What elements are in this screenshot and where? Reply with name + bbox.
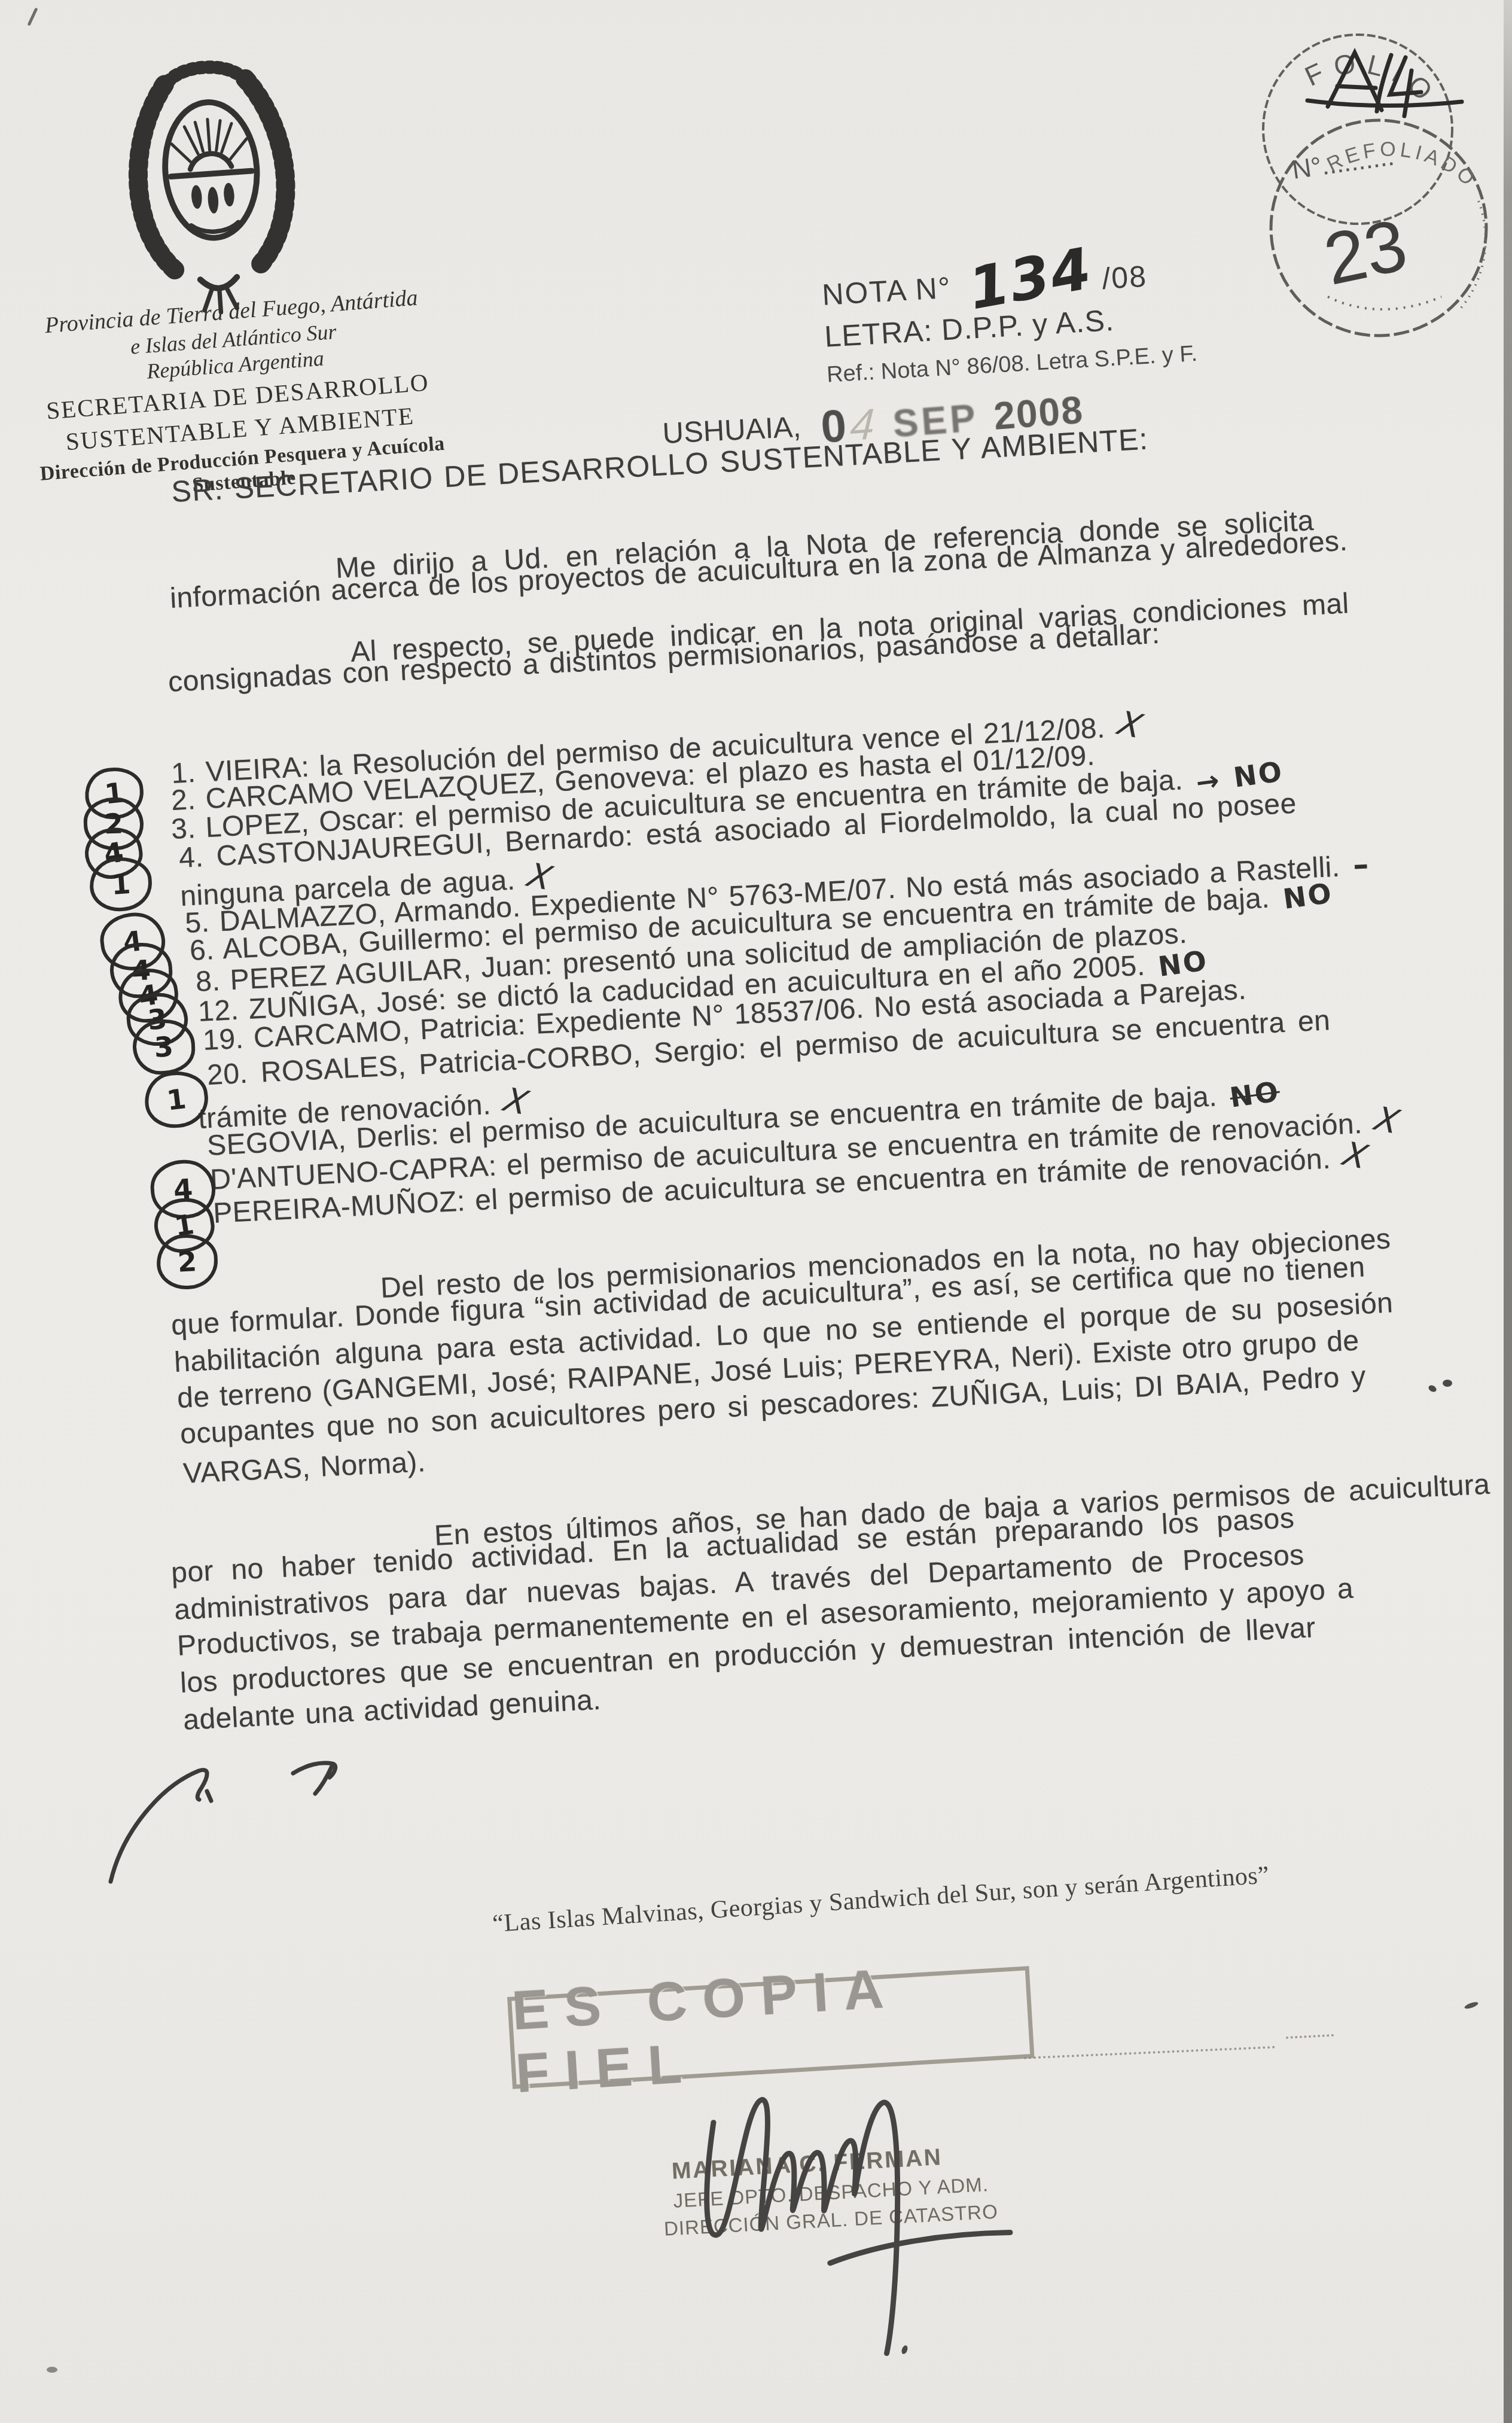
handwritten-annotation: NO	[1228, 1075, 1282, 1114]
ink-speck	[1443, 1380, 1452, 1387]
closing-quote: “Las Islas Malvinas, Georgias y Sandwich…	[492, 1861, 1270, 1938]
handwritten-annotation: NO	[1281, 876, 1334, 915]
margin-number-text: 3	[154, 1030, 174, 1063]
folio-stamp: FOLIO N°.......... REFOLIADO 23	[1208, 16, 1507, 339]
margin-number-text: 1	[165, 1082, 188, 1116]
handwritten-annotation: X	[1111, 708, 1148, 744]
ink-speck	[1427, 1384, 1437, 1393]
nota-label: NOTA N°	[821, 270, 952, 312]
handwritten-nota-number: 134	[966, 246, 1095, 311]
handwritten-annotation: –	[1352, 847, 1370, 883]
paragraph-line-text: VARGAS, Norma).	[182, 1446, 426, 1490]
handwritten-folio-23: 23	[1317, 204, 1413, 300]
pen-tick-mark	[27, 7, 38, 26]
scan-edge-shadow	[1504, 0, 1512, 2423]
svg-text:REFOLIADO: REFOLIADO	[1323, 138, 1481, 193]
signature-scribble	[660, 2009, 1075, 2347]
margin-number-text: 2	[177, 1245, 198, 1279]
nota-suffix: /08	[1101, 259, 1148, 296]
ink-speck	[47, 2367, 57, 2373]
handwritten-annotation: X	[1337, 1139, 1374, 1174]
coat-of-arms	[92, 41, 333, 337]
refoliado-label: REFOLIADO	[1323, 138, 1481, 193]
ink-speck	[1464, 2001, 1479, 2010]
pencil-dotted-line	[1024, 2046, 1275, 2059]
scanned-letter-page: FOLIO N°.......... REFOLIADO 23 Provinci…	[0, 0, 1512, 2423]
pencil-dash	[1286, 2034, 1334, 2039]
handwritten-flourish	[96, 1753, 383, 1891]
margin-circled-number: 3	[132, 1018, 196, 1076]
nota-reference-block: NOTA N° 134 /08 LETRA: D.P.P. y A.S. Ref…	[821, 248, 1198, 388]
ink-speck	[901, 2345, 909, 2355]
handwritten-annotation: X	[1368, 1103, 1406, 1139]
margin-number-text: 1	[110, 867, 132, 901]
paragraph-line: VARGAS, Norma).	[182, 1445, 426, 1490]
